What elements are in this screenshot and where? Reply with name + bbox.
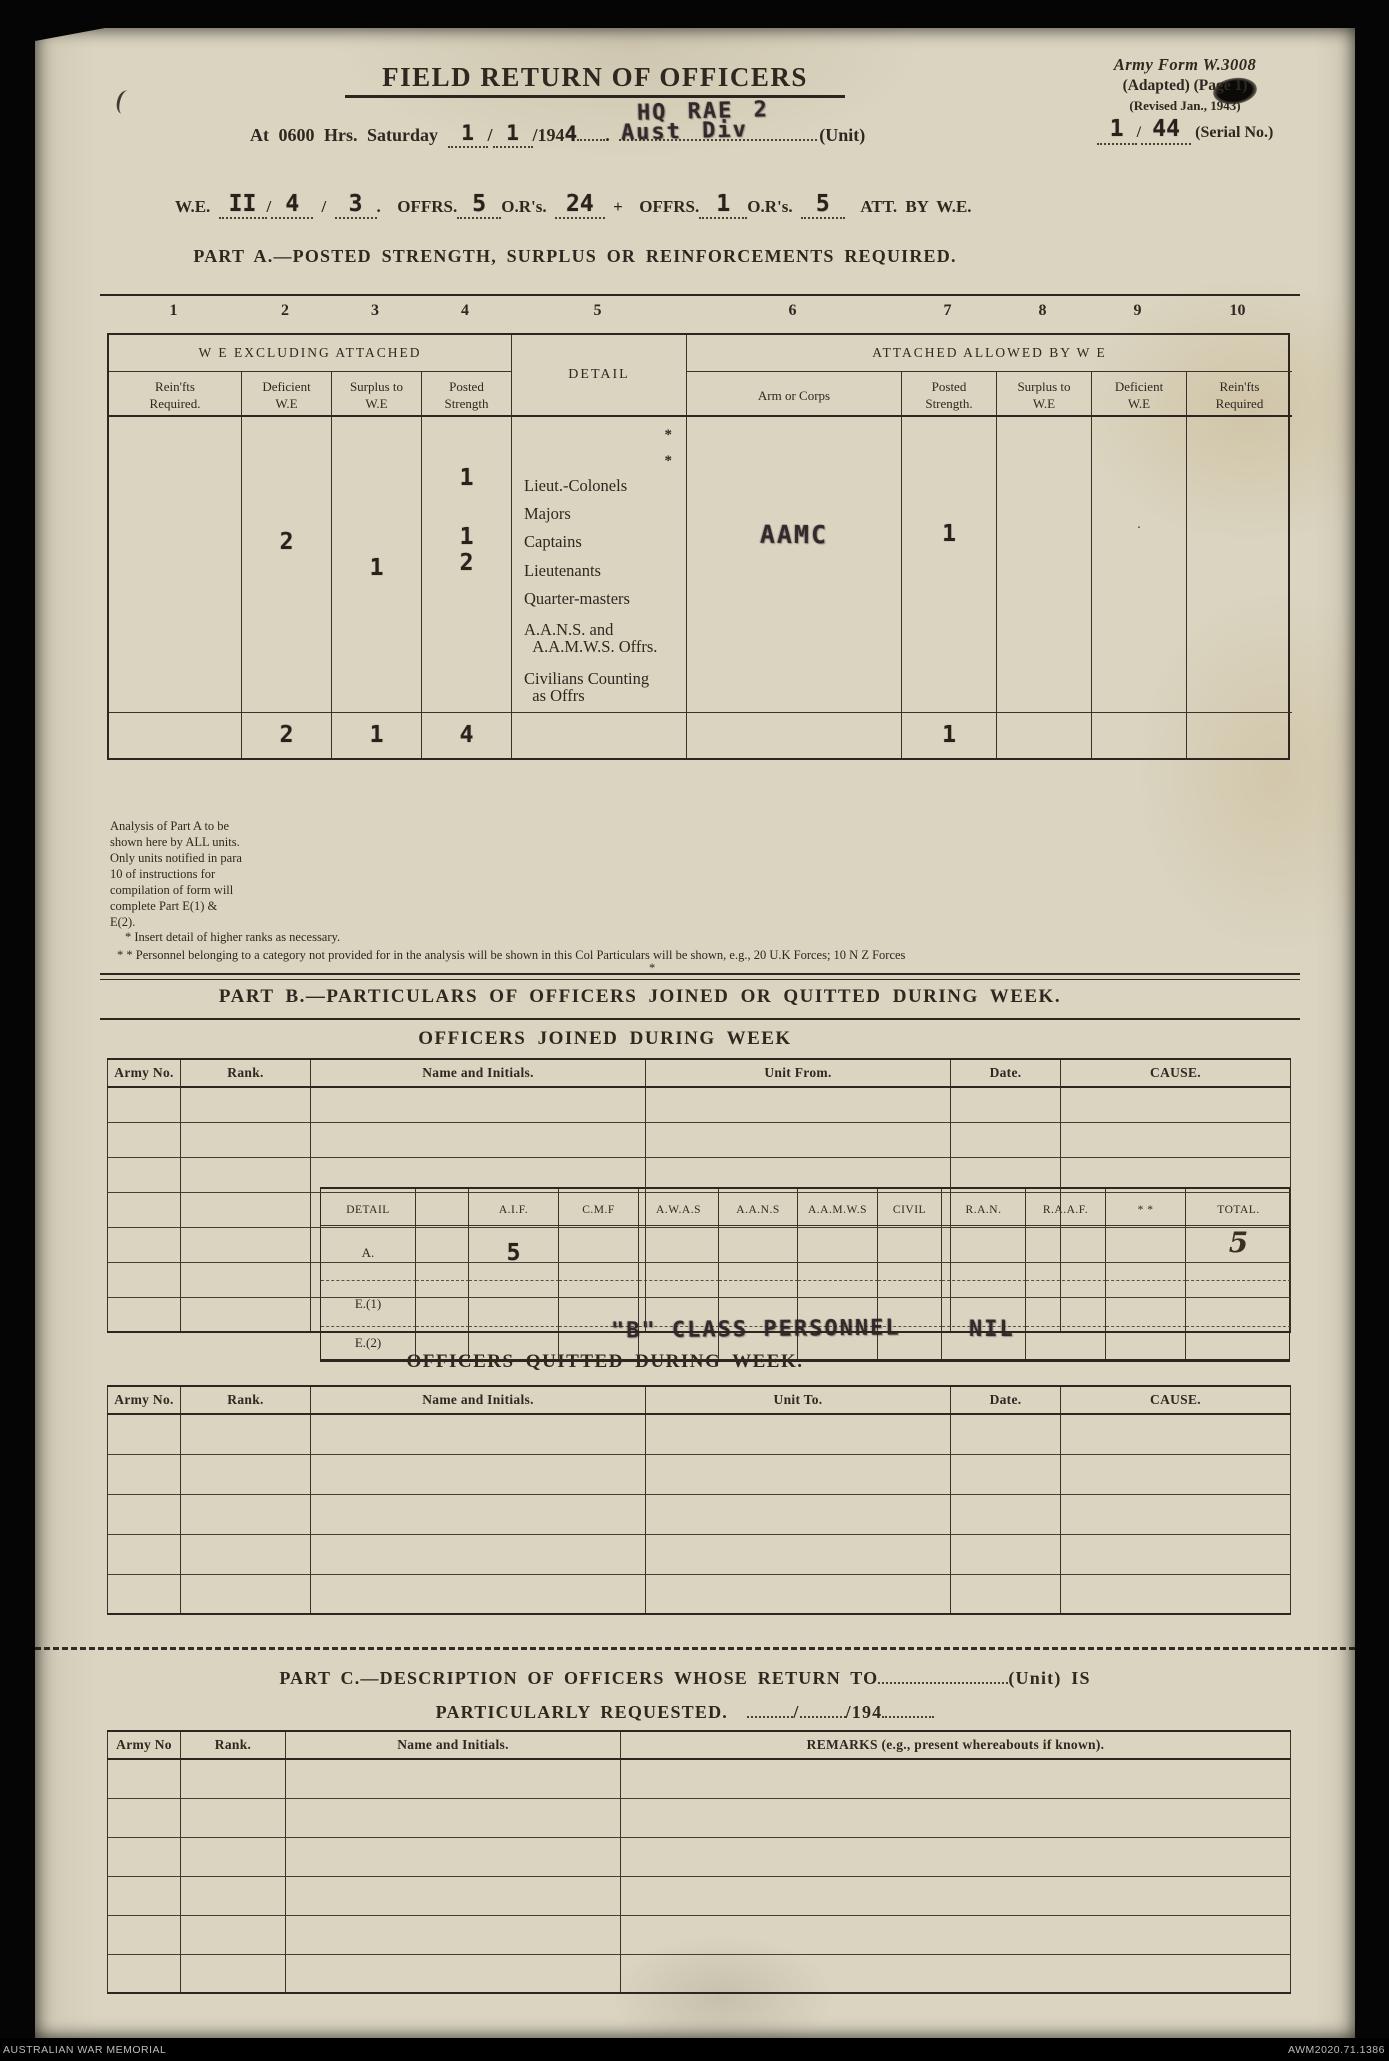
- col-number: 1: [107, 302, 240, 320]
- joined-col-cause: CAUSE.: [1061, 1059, 1291, 1087]
- empty-cell: [108, 1192, 181, 1227]
- part-c-col-remarks: REMARKS (e.g., present whereabouts if kn…: [621, 1731, 1291, 1759]
- empty-cell: [108, 1759, 181, 1798]
- table-row: [108, 1297, 1291, 1332]
- col-number: 5: [510, 302, 685, 320]
- datetime-prefix: At 0600 Hrs. Saturday: [250, 125, 438, 145]
- col-header-deficient: Deficient W.E: [242, 372, 332, 417]
- empty-cell: [1061, 1494, 1291, 1534]
- empty-cell: [646, 1087, 951, 1122]
- quitted-col-unit-to: Unit To.: [646, 1386, 951, 1414]
- empty-cell: [311, 1534, 646, 1574]
- empty-cell: [646, 1534, 951, 1574]
- total-att-posted: 1: [942, 724, 956, 747]
- empty-cell: [108, 1798, 181, 1837]
- serial-value-1: 1: [1110, 116, 1124, 142]
- surplus-value: 1: [332, 557, 421, 580]
- officers-joined-table: Army No. Rank. Name and Initials. Unit F…: [107, 1058, 1291, 1333]
- body-reinfts-req: [109, 417, 242, 713]
- archive-source: AUSTRALIAN WAR MEMORIAL: [3, 2044, 166, 2056]
- empty-cell: [646, 1122, 951, 1157]
- table-row: [108, 1227, 1291, 1262]
- col-header-arm-or-corps: Arm or Corps: [687, 372, 902, 417]
- col-number: 9: [1090, 302, 1185, 320]
- col-header-reinfts-req: Rein'fts Required.: [109, 372, 242, 417]
- date-day: 1: [461, 121, 474, 145]
- table-row: [108, 1414, 1291, 1454]
- empty-cell: [1061, 1157, 1291, 1192]
- paper-sheet: Army Form W.3008 (Adapted) (Page 1) (Rev…: [35, 28, 1355, 2038]
- empty-cell: [286, 1915, 621, 1954]
- empty-cell: [646, 1454, 951, 1494]
- rank-label: Civilians Counting as Offrs: [524, 670, 649, 704]
- unit-stamp-area: HQ RAE 2 Aust Div: [619, 125, 819, 146]
- empty-cell: [311, 1157, 646, 1192]
- empty-cell: [181, 1262, 311, 1297]
- body-surplus: 1: [332, 417, 422, 713]
- empty-cell: [311, 1454, 646, 1494]
- empty-cell: [1061, 1454, 1291, 1494]
- empty-cell: [181, 1876, 286, 1915]
- empty-cell: [181, 1192, 311, 1227]
- column-number-row: 1 2 3 4 5 6 7 8 9 10: [107, 302, 1290, 320]
- rank-label: Captains: [524, 533, 582, 550]
- empty-cell: [311, 1192, 646, 1227]
- empty-cell: [108, 1574, 181, 1614]
- empty-cell: [181, 1087, 311, 1122]
- col-number: 4: [420, 302, 510, 320]
- offrs-value: 5: [472, 191, 486, 217]
- empty-cell: [108, 1837, 181, 1876]
- empty-cell: [951, 1297, 1061, 1332]
- footnote-2: * * Personnel belonging to a category no…: [117, 948, 905, 963]
- rank-label: Lieutenants: [524, 562, 601, 579]
- part-a-heading: PART A.—POSTED STRENGTH, SURPLUS OR REIN…: [175, 246, 975, 267]
- empty-cell: [181, 1915, 286, 1954]
- empty-cell: [646, 1227, 951, 1262]
- empty-cell: [108, 1876, 181, 1915]
- footnote-1: * Insert detail of higher ranks as neces…: [125, 930, 340, 945]
- table-row: [108, 1494, 1291, 1534]
- table-row: [108, 1262, 1291, 1297]
- officers-quitted-title: OFFICERS QUITTED DURING WEEK.: [205, 1351, 1005, 1373]
- col-header-att-reinfts: Rein'fts Required: [1187, 372, 1292, 417]
- empty-cell: [311, 1494, 646, 1534]
- empty-cell: [1061, 1574, 1291, 1614]
- table-row: [108, 1157, 1291, 1192]
- rank-label: Quarter-masters: [524, 590, 630, 607]
- part-c-col-rank: Rank.: [181, 1731, 286, 1759]
- empty-cell: [951, 1262, 1061, 1297]
- empty-cell: [108, 1915, 181, 1954]
- empty-cell: [108, 1087, 181, 1122]
- empty-cell: [621, 1915, 1291, 1954]
- part-c-requested-line: PARTICULARLY REQUESTED. //194: [135, 1702, 1235, 1723]
- table-row: [108, 1837, 1291, 1876]
- form-adapted: (Adapted) (Page 1): [1035, 76, 1335, 97]
- we-value-1: II: [229, 191, 257, 217]
- table-row: [108, 1192, 1291, 1227]
- empty-cell: [181, 1122, 311, 1157]
- table-row: [108, 1087, 1291, 1122]
- empty-cell: [1061, 1297, 1291, 1332]
- empty-cell: [311, 1574, 646, 1614]
- empty-cell: [108, 1297, 181, 1332]
- form-id-block: Army Form W.3008 (Adapted) (Page 1) (Rev…: [1035, 54, 1335, 145]
- empty-cell: [311, 1122, 646, 1157]
- table-row: [108, 1122, 1291, 1157]
- joined-col-army-no: Army No.: [108, 1059, 181, 1087]
- empty-cell: [181, 1837, 286, 1876]
- empty-cell: [1061, 1262, 1291, 1297]
- quitted-col-army-no: Army No.: [108, 1386, 181, 1414]
- empty-cell: [181, 1297, 311, 1332]
- group-header-left: W E EXCLUDING ATTACHED: [109, 335, 512, 372]
- joined-col-rank: Rank.: [181, 1059, 311, 1087]
- part-a-table: W E EXCLUDING ATTACHED DETAIL ATTACHED A…: [107, 333, 1290, 760]
- quitted-col-date: Date.: [951, 1386, 1061, 1414]
- ors-value: 24: [566, 191, 594, 217]
- empty-cell: [181, 1414, 311, 1454]
- empty-cell: [311, 1087, 646, 1122]
- total-surplus: 1: [370, 724, 384, 747]
- archive-bar: AUSTRALIAN WAR MEMORIAL AWM2020.71.1386: [0, 2038, 1389, 2061]
- posted-capt-value: 1: [422, 526, 511, 549]
- body-detail-ranks: * * Lieut.-Colonels Majors Captains Lieu…: [512, 417, 687, 713]
- empty-cell: [621, 1954, 1291, 1993]
- empty-cell: [951, 1494, 1061, 1534]
- total-surplus-cell: 1: [332, 713, 422, 758]
- col-header-att-posted: Posted Strength.: [902, 372, 997, 417]
- total-posted: 4: [460, 724, 474, 747]
- rank-label: A.A.N.S. and A.A.M.W.S. Offrs.: [524, 621, 657, 655]
- empty-cell: [108, 1454, 181, 1494]
- total-posted-cell: 4: [422, 713, 512, 758]
- posted-ltcol-value: 1: [422, 467, 511, 490]
- archive-id: AWM2020.71.1386: [1288, 2044, 1385, 2056]
- quitted-col-rank: Rank.: [181, 1386, 311, 1414]
- table-row: [108, 1534, 1291, 1574]
- form-number: Army Form W.3008: [1035, 54, 1335, 76]
- empty-cell: [311, 1262, 646, 1297]
- part-c-col-name: Name and Initials.: [286, 1731, 621, 1759]
- analysis-note: Analysis of Part A to be shown here by A…: [110, 818, 242, 930]
- empty-cell: [108, 1122, 181, 1157]
- joined-header-row: Army No. Rank. Name and Initials. Unit F…: [108, 1059, 1291, 1087]
- total-att-posted-cell: 1: [902, 713, 997, 758]
- table-row: [108, 1759, 1291, 1798]
- asterisk-mark: *: [665, 427, 673, 444]
- empty-cell: [108, 1954, 181, 1993]
- empty-cell: [1061, 1414, 1291, 1454]
- empty-cell: [951, 1414, 1061, 1454]
- empty-cell: [108, 1227, 181, 1262]
- table-row: [108, 1454, 1291, 1494]
- detail-header: DETAIL: [512, 335, 687, 417]
- empty-cell: [181, 1157, 311, 1192]
- empty-cell: [181, 1227, 311, 1262]
- empty-cell: [951, 1087, 1061, 1122]
- body-att-reinfts: [1187, 417, 1292, 713]
- joined-col-name: Name and Initials.: [311, 1059, 646, 1087]
- rank-label: Lieut.-Colonels: [524, 477, 627, 494]
- body-deficient: 2: [242, 417, 332, 713]
- empty-cell: [181, 1759, 286, 1798]
- att-ors-value: 5: [816, 191, 830, 217]
- divider-rule: [100, 294, 1300, 296]
- quitted-col-name: Name and Initials.: [311, 1386, 646, 1414]
- scanned-form-page: Army Form W.3008 (Adapted) (Page 1) (Rev…: [0, 0, 1389, 2061]
- col-number: 8: [995, 302, 1090, 320]
- serial-value-2: 44: [1152, 116, 1180, 142]
- col-number: 2: [240, 302, 330, 320]
- col-number: 7: [900, 302, 995, 320]
- table-row: [108, 1876, 1291, 1915]
- att-posted-value: 1: [902, 523, 996, 546]
- pencil-mark: [114, 89, 132, 115]
- we-line: W.E. II/4 / 3. OFFRS.5O.R's. 24 + OFFRS.…: [175, 194, 972, 219]
- deficient-value: 2: [242, 531, 331, 554]
- empty-cell: [951, 1157, 1061, 1192]
- perforation-line: [35, 1647, 1355, 1650]
- col-header-att-deficient: Deficient W.E: [1092, 372, 1187, 417]
- empty-cell: [951, 1227, 1061, 1262]
- empty-cell: [286, 1954, 621, 1993]
- total-deficient: 2: [280, 724, 294, 747]
- body-posted: 1 1 2: [422, 417, 512, 713]
- date-month: 1: [506, 121, 519, 145]
- empty-cell: [951, 1122, 1061, 1157]
- part-b-heading: PART B.—PARTICULARS OF OFFICERS JOINED O…: [200, 986, 1080, 1008]
- body-att-posted: 1: [902, 417, 997, 713]
- col-number: 3: [330, 302, 420, 320]
- empty-cell: [1061, 1192, 1291, 1227]
- table-row: [108, 1574, 1291, 1614]
- empty-cell: [1061, 1227, 1291, 1262]
- table-row: [108, 1954, 1291, 1993]
- empty-cell: [1061, 1087, 1291, 1122]
- unit-stamp-line2: Aust Div: [621, 117, 749, 145]
- empty-cell: [181, 1454, 311, 1494]
- empty-cell: [951, 1534, 1061, 1574]
- we-value-3: 3: [349, 191, 363, 217]
- empty-cell: [646, 1494, 951, 1534]
- empty-cell: [951, 1454, 1061, 1494]
- col-number: 10: [1185, 302, 1290, 320]
- empty-cell: [181, 1954, 286, 1993]
- empty-cell: [311, 1227, 646, 1262]
- joined-col-date: Date.: [951, 1059, 1061, 1087]
- page-title: FIELD RETURN OF OFFICERS: [345, 62, 845, 98]
- empty-cell: [646, 1414, 951, 1454]
- empty-cell: [646, 1157, 951, 1192]
- empty-cell: [621, 1876, 1291, 1915]
- empty-cell: [108, 1414, 181, 1454]
- date-year: 4: [565, 122, 578, 146]
- col-number: 6: [685, 302, 900, 320]
- empty-cell: [951, 1574, 1061, 1614]
- quitted-header-row: Army No. Rank. Name and Initials. Unit T…: [108, 1386, 1291, 1414]
- divider-rule: [100, 1018, 1300, 1020]
- empty-cell: [646, 1297, 951, 1332]
- empty-cell: [108, 1534, 181, 1574]
- table-row: [108, 1915, 1291, 1954]
- part-c-table: Army No Rank. Name and Initials. REMARKS…: [107, 1730, 1291, 1994]
- empty-cell: [311, 1414, 646, 1454]
- col-header-posted: Posted Strength: [422, 372, 512, 417]
- part-c-header-row: Army No Rank. Name and Initials. REMARKS…: [108, 1731, 1291, 1759]
- empty-cell: [621, 1798, 1291, 1837]
- empty-cell: [286, 1876, 621, 1915]
- body-att-deficient: .: [1092, 417, 1187, 713]
- empty-cell: [646, 1262, 951, 1297]
- body-att-surplus: [997, 417, 1092, 713]
- quitted-col-cause: CAUSE.: [1061, 1386, 1291, 1414]
- empty-cell: [1061, 1534, 1291, 1574]
- section-divider: [100, 973, 1300, 980]
- col-header-att-surplus: Surplus to W.E: [997, 372, 1092, 417]
- officers-joined-title: OFFICERS JOINED DURING WEEK: [205, 1028, 1005, 1050]
- group-header-right: ATTACHED ALLOWED BY W E: [687, 335, 1292, 372]
- col-header-surplus: Surplus to W.E: [332, 372, 422, 417]
- datetime-line: At 0600 Hrs. Saturday 1/1/1944. HQ RAE 2…: [250, 122, 865, 148]
- joined-col-unit-from: Unit From.: [646, 1059, 951, 1087]
- posted-lieut-value: 2: [422, 552, 511, 575]
- part-c-col-army-no: Army No: [108, 1731, 181, 1759]
- empty-cell: [108, 1262, 181, 1297]
- serial-label: (Serial No.): [1195, 124, 1273, 141]
- total-deficient-cell: 2: [242, 713, 332, 758]
- empty-cell: [108, 1157, 181, 1192]
- empty-cell: [621, 1837, 1291, 1876]
- empty-cell: [646, 1192, 951, 1227]
- aamc-stamp: AAMC: [687, 519, 901, 550]
- empty-cell: [286, 1798, 621, 1837]
- we-value-2: 4: [285, 191, 299, 217]
- empty-cell: [951, 1192, 1061, 1227]
- form-revision: (Revised Jan., 1943): [1035, 97, 1335, 115]
- body-arm-or-corps: AAMC: [687, 417, 902, 713]
- part-c-heading: PART C.—DESCRIPTION OF OFFICERS WHOSE RE…: [135, 1668, 1235, 1689]
- empty-cell: [621, 1759, 1291, 1798]
- rank-label: Majors: [524, 505, 571, 522]
- serial-line: 1/44 (Serial No.): [1035, 119, 1335, 146]
- empty-cell: [311, 1297, 646, 1332]
- att-offrs-value: 1: [716, 191, 730, 217]
- empty-cell: [181, 1574, 311, 1614]
- officers-quitted-table: Army No. Rank. Name and Initials. Unit T…: [107, 1385, 1291, 1615]
- empty-cell: [108, 1494, 181, 1534]
- empty-cell: [1061, 1122, 1291, 1157]
- empty-cell: [181, 1798, 286, 1837]
- table-row: [108, 1798, 1291, 1837]
- empty-cell: [181, 1534, 311, 1574]
- asterisk-mark: *: [665, 453, 673, 470]
- empty-cell: [286, 1759, 621, 1798]
- empty-cell: [286, 1837, 621, 1876]
- empty-cell: [646, 1574, 951, 1614]
- unit-label: (Unit): [819, 125, 865, 145]
- empty-cell: [181, 1494, 311, 1534]
